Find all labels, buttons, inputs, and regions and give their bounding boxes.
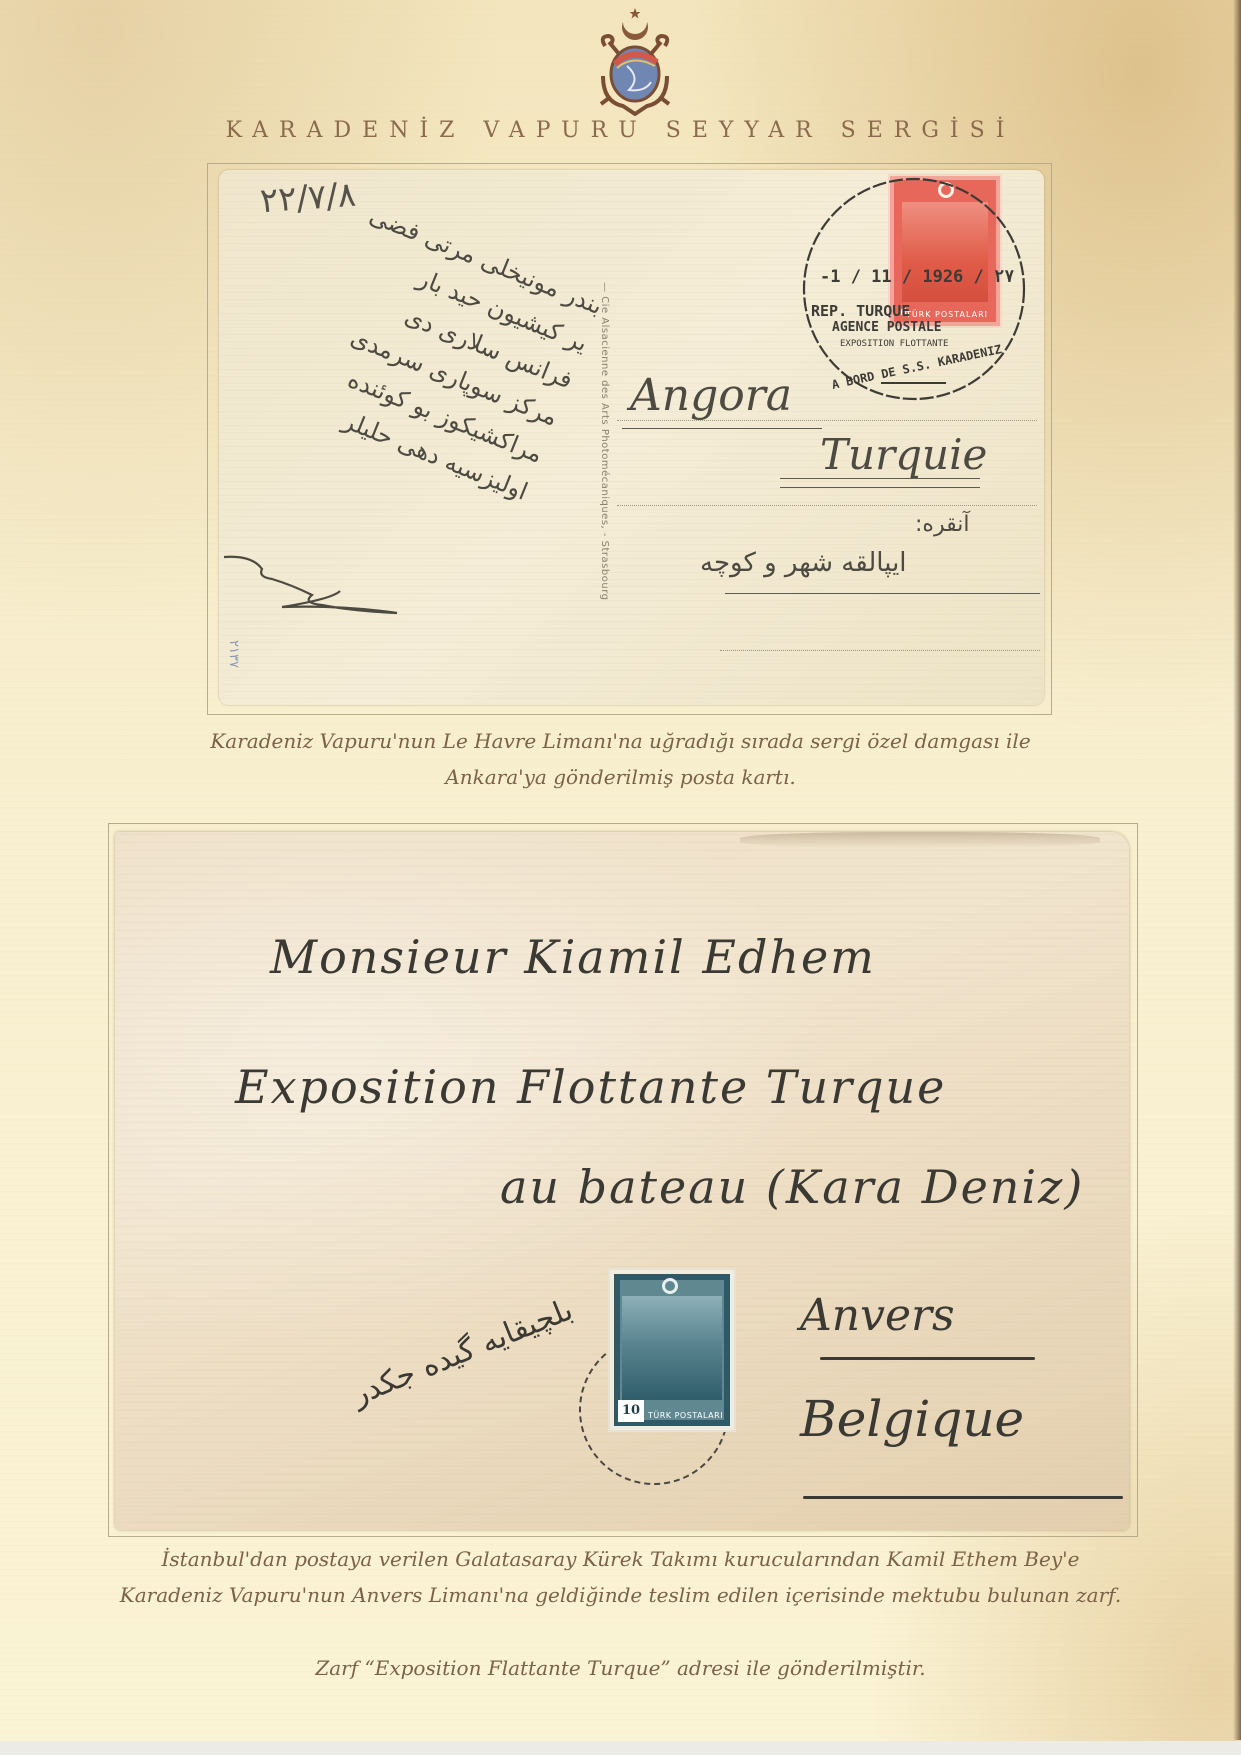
underline — [780, 478, 980, 479]
postage-stamp-blue: 10 TÜRK POSTALARI — [610, 1270, 734, 1430]
stamp-value: 10 — [618, 1400, 644, 1422]
postcard-ottoman-address-1: آنقره: — [915, 512, 969, 537]
underline — [725, 593, 1040, 594]
caption-line: Ankara'ya gönderilmiş posta kartı. — [0, 759, 1241, 795]
underline — [780, 487, 980, 488]
printer-imprint: — Cie Alsacienne des Arts Photomécanique… — [596, 282, 610, 642]
stamp-scene — [622, 1296, 722, 1400]
crescent-icon — [662, 1278, 678, 1294]
page-title: KARADENİZ VAPURU SEYYAR SERGİSİ — [0, 118, 1241, 143]
caption-line: Karadeniz Vapuru'nun Le Havre Limanı'na … — [0, 723, 1241, 759]
underline — [622, 428, 822, 429]
envelope-address-line: au bateau (Kara Deniz) — [500, 1160, 1084, 1214]
postmark-date: -1 / 11 / 1926 / ٢٧ — [820, 267, 1014, 287]
scan-bottom-strip — [0, 1741, 1241, 1755]
envelope-city: Anvers — [800, 1290, 955, 1341]
postcard-caption: Karadeniz Vapuru'nun Le Havre Limanı'na … — [0, 723, 1241, 795]
postcard-ottoman-address-2: ایپالقه شهر و کوچه — [700, 548, 907, 578]
address-dotted-line — [720, 650, 1040, 651]
envelope-note-caption: Zarf “Exposition Flattante Turque” adres… — [0, 1650, 1241, 1686]
caption-line: İstanbul'dan postaya verilen Galatasaray… — [0, 1541, 1241, 1577]
envelope-caption: İstanbul'dan postaya verilen Galatasaray… — [0, 1541, 1241, 1613]
torn-edge — [740, 832, 1100, 848]
address-dotted-line — [617, 505, 1037, 506]
postcard-address-city: Angora — [630, 370, 792, 421]
anchor-crescent-emblem-icon — [593, 6, 677, 116]
underline — [820, 1357, 1035, 1360]
archive-mark: ٢١٣٧ — [226, 640, 241, 668]
signature-icon — [222, 555, 402, 625]
postmark-line: EXPOSITION FLOTTANTE — [840, 339, 948, 349]
underline — [803, 1496, 1123, 1499]
postmark-line: REP. TURQUE — [811, 302, 910, 320]
caption-line: Zarf “Exposition Flattante Turque” adres… — [0, 1650, 1241, 1686]
caption-line: Karadeniz Vapuru'nun Anvers Limanı'na ge… — [0, 1577, 1241, 1613]
envelope-address-line: Exposition Flottante Turque — [235, 1060, 946, 1114]
postcard-address-country: Turquie — [820, 430, 987, 479]
envelope-recipient: Monsieur Kiamil Edhem — [270, 930, 876, 984]
stamp-label: TÜRK POSTALARI — [648, 1411, 723, 1420]
page-edge-shadow — [1233, 0, 1241, 1740]
postmark-line: AGENCE POSTALE — [832, 320, 942, 335]
envelope-country: Belgique — [800, 1390, 1024, 1448]
